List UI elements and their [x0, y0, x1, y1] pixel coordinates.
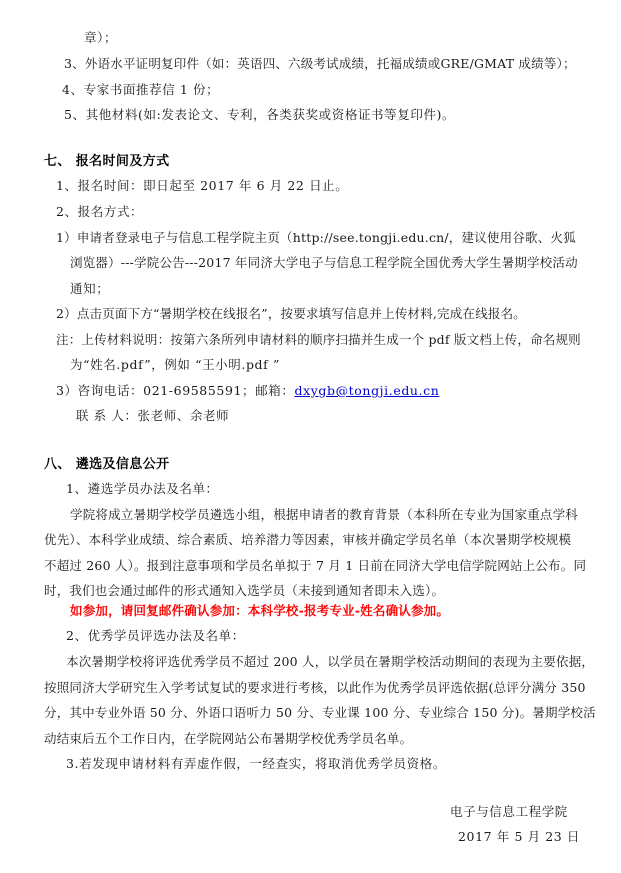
contact-phone: 3）咨询电话：021-69585591；邮箱：	[56, 383, 294, 398]
list-item-3: 3、外语水平证明复印件（如：英语四、六级考试成绩，托福成绩或GRE/GMAT 成…	[64, 56, 576, 72]
subsection-2-para-line-3: 分，其中专业外语 50 分、外语口语听力 50 分、专业课 100 分、专业综合…	[44, 705, 596, 721]
subsection-2-para-line-2: 按照同济大学研究生入学考试复试的要求进行考核，以此作为优秀学员评选依据(总评分满…	[44, 680, 586, 696]
subsection-1-para-line-4: 时，我们也会通过邮件的形式通知入选学员（未接到通知者即未入选）。	[44, 583, 444, 599]
step-1-line-2: 浏览器）---学院公告---2017 年同济大学电子与信息工程学院全国优秀大学生…	[70, 255, 578, 271]
registration-time: 1、报名时间：即日起至 2017 年 6 月 22 日止。	[56, 178, 348, 194]
list-item-5: 5、其他材料(如:发表论文、专利，各类获奖或资格证书等复印件)。	[64, 107, 455, 123]
red-confirmation-notice: 如参加，请回复邮件确认参加：本科学校-报考专业-姓名确认参加。	[70, 603, 449, 619]
list-item-continuation: 章）；	[84, 30, 117, 46]
registration-method-label: 2、报名方式：	[56, 204, 143, 220]
section-7-heading: 七、 报名时间及方式	[44, 154, 170, 170]
note-line-1: 注：上传材料说明：按第六条所列申请材料的顺序扫描并生成一个 pdf 版文档上传，…	[56, 332, 581, 348]
subsection-2-para-line-4: 动结束后五个工作日内，在学院网站公布暑期学校优秀学员名单。	[44, 731, 412, 747]
email-link[interactable]: dxygb@tongji.edu.cn	[294, 383, 439, 398]
step-3: 3）咨询电话：021-69585591；邮箱：dxygb@tongji.edu.…	[56, 383, 439, 399]
step-1-line-3: 通知；	[70, 281, 109, 297]
subsection-3: 3.若发现申请材料有弄虚作假，一经查实，将取消优秀学员资格。	[66, 756, 446, 772]
step-1-line-1: 1）申请者登录电子与信息工程学院主页（http://see.tongji.edu…	[56, 230, 576, 246]
contact-persons: 联 系 人：张老师、余老师	[76, 408, 229, 424]
section-8-heading: 八、 遴选及信息公开	[44, 457, 170, 473]
subsection-1-para-line-1: 学院将成立暑期学校学员遴选小组，根据申请者的教育背景（本科所在专业为国家重点学科	[70, 507, 578, 523]
signature-date: 2017 年 5 月 23 日	[458, 829, 580, 845]
step-2: 2）点击页面下方“暑期学校在线报名”，按要求填写信息并上传材料,完成在线报名。	[56, 306, 526, 322]
subsection-2-title: 2、优秀学员评选办法及名单：	[66, 628, 245, 644]
note-line-2: 为“姓名.pdf”，例如 “王小明.pdf ”	[70, 357, 280, 373]
list-item-4: 4、专家书面推荐信 1 份；	[62, 82, 219, 98]
subsection-2-para-line-1: 本次暑期学校将评选优秀学员不超过 200 人，以学员在暑期学校活动期间的表现为主…	[66, 654, 594, 670]
subsection-1-para-line-2: 优先）、本科学业成绩、综合素质、培养潜力等因素，审核并确定学员名单（本次暑期学校…	[44, 532, 571, 548]
subsection-1-para-line-3: 不超过 260 人）。报到注意事项和学员名单拟于 7 月 1 日前在同济大学电信…	[44, 558, 586, 574]
signature-org: 电子与信息工程学院	[450, 804, 568, 820]
subsection-1-title: 1、遴选学员办法及名单：	[66, 481, 219, 497]
